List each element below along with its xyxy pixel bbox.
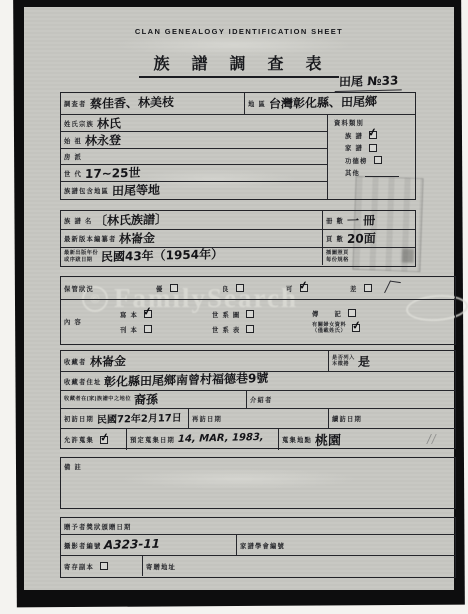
- poor-checkbox: [364, 284, 372, 292]
- region-value: 台灣彰化縣、田尾鄉: [269, 92, 377, 112]
- inclusion-value: 是: [358, 352, 370, 369]
- row-pubdate: 最新出版年份 或序跋日期 民國43年（1954年） 插圖照頁 每份規格: [61, 248, 415, 265]
- book-info-table: 族 譜 名 〔林氏族譜〕 冊 數 一 冊 最新版本編纂者 林崙金 頁 數 20面: [60, 210, 416, 267]
- poor-label: 差: [347, 284, 361, 293]
- place-cell: 蒐集地點 桃園: [279, 429, 455, 450]
- followup-label: 續訪日期: [329, 414, 365, 423]
- volumes-value: 一 冊: [347, 211, 376, 229]
- admin-table: 贈予者獎狀頒贈日期 攝影者編號 A323-11 家譜學會編號 寄存副本: [60, 517, 456, 578]
- women-data-checkbox: [352, 324, 360, 332]
- category-item-gongdebang: 功德榜: [342, 156, 411, 165]
- clan-info-column: 姓氏宗族 林氏 始 祖 林永登 房 派 世 代 17~25世: [61, 115, 328, 199]
- copy-checkbox: [100, 562, 108, 570]
- position-cell: 收藏者在(家)族譜中之地位 裔孫: [61, 391, 247, 408]
- ancestor-value: 林永登: [85, 131, 121, 149]
- zupu-label: 族 譜: [342, 131, 366, 140]
- row-generations: 世 代 17~25世: [61, 165, 327, 182]
- row-surveyor-region: 調查者 蔡佳香、林美枝 地 區 台灣彰化縣、田尾鄉: [61, 93, 415, 115]
- holder-label: 收藏者: [61, 357, 90, 366]
- row-copy: 寄存副本 寄贈地址: [61, 556, 455, 576]
- biography-checkbox: [348, 309, 356, 317]
- photographer-cell: 攝影者編號 A323-11: [61, 535, 237, 555]
- award-label: 贈予者獎狀頒贈日期: [61, 522, 134, 531]
- pubdate-label: 最新出版年份 或序跋日期: [61, 250, 101, 263]
- surveyor-value: 蔡佳香、林美枝: [89, 93, 173, 112]
- compiler-cell: 最新版本編纂者 林崙金: [61, 230, 323, 247]
- volumes-cell: 冊 數 一 冊: [323, 211, 415, 229]
- option-good: 良: [219, 284, 244, 293]
- row-condition: 保管狀況 優 良 可 差: [61, 277, 455, 300]
- generations-value: 17~25世: [85, 163, 141, 181]
- row-visit-dates: 初訪日期 民國72年2月17日 再訪日期 續訪日期: [61, 409, 455, 429]
- place-value: 桃園: [315, 429, 342, 449]
- stray-pen-mark: [384, 281, 401, 295]
- introducer-label: 介紹者: [247, 395, 276, 404]
- book-title-value: 〔林氏族譜〕: [95, 210, 167, 229]
- ancestor-label: 始 祖: [61, 136, 85, 145]
- gongdebang-checkbox: [374, 156, 382, 164]
- condition-table: 保管狀況 優 良 可 差: [60, 276, 456, 345]
- first-visit-value: 民國72年2月17日: [97, 409, 182, 426]
- zupu-checkbox: [369, 131, 377, 139]
- contents-col-format: 寫 本 刊 本: [117, 310, 209, 334]
- remarks-label: 備 註: [61, 458, 85, 471]
- copy-label: 寄存副本: [61, 562, 97, 571]
- pages-cell: 頁 數 20面: [323, 230, 415, 247]
- women-data-label: 有關婦女資料 （僅載姓氏）: [309, 322, 349, 335]
- address-value: 彰化縣田尾鄉南曾村福德巷9號: [104, 368, 269, 389]
- society-cell: 家譜學會編號: [237, 535, 455, 555]
- excellent-label: 優: [153, 284, 167, 293]
- lineage-table-label: 世 系 表: [209, 325, 243, 334]
- area-value: 田尾等地: [112, 181, 160, 199]
- photographer-value: A323-11: [104, 537, 160, 552]
- row-branch: 房 派: [61, 149, 327, 165]
- chinese-title: 族 譜 調 查 表: [139, 51, 338, 78]
- row-area: 族譜包含地區 田尾等地: [61, 182, 327, 199]
- generations-label: 世 代: [61, 169, 85, 178]
- jiapu-checkbox: [369, 144, 377, 152]
- revisit-label: 再訪日期: [189, 414, 225, 423]
- printed-checkbox: [144, 325, 152, 333]
- option-excellent: 優: [153, 284, 178, 293]
- first-visit-cell: 初訪日期 民國72年2月17日: [61, 409, 189, 428]
- lineage-table-checkbox: [246, 325, 254, 333]
- remarks-table: 備 註: [60, 457, 456, 509]
- compiler-label: 最新版本編纂者: [61, 234, 119, 243]
- contents-col-lineage: 世 系 圖 世 系 表: [209, 310, 309, 334]
- surveyor-label: 調查者: [61, 99, 90, 108]
- fair-checkbox: [300, 284, 308, 292]
- region-cell: 地 區 台灣彰化縣、田尾鄉: [245, 93, 415, 114]
- women-data-item: 有關婦女資料 （僅載姓氏）: [309, 322, 455, 335]
- revisit-cell: 再訪日期: [189, 409, 329, 428]
- book-title-cell: 族 譜 名 〔林氏族譜〕: [61, 211, 323, 229]
- lineage-chart-checkbox: [246, 310, 254, 318]
- permission-checkbox: [100, 436, 108, 444]
- lineage-chart-label: 世 系 圖: [209, 310, 243, 319]
- remarks-row: 備 註: [61, 458, 455, 508]
- pubdate-value: 民國43年（1954年）: [101, 245, 224, 265]
- jiapu-label: 家 譜: [342, 143, 366, 152]
- row-numbers: 攝影者編號 A323-11 家譜學會編號: [61, 535, 455, 556]
- area-label: 族譜包含地區: [61, 186, 112, 195]
- printed-item: 刊 本: [117, 325, 209, 334]
- good-checkbox: [236, 284, 244, 292]
- region-label: 地 區: [245, 99, 269, 108]
- handwritten-sheet-number: 田尾 №33: [334, 71, 402, 92]
- scheduled-cell: 預定蒐集日期 14, MAR, 1983,: [127, 429, 279, 450]
- english-title: CLAN GENEALOGY IDENTIFICATION SHEET: [24, 27, 454, 36]
- scheduled-value: 14, MAR, 1983,: [178, 432, 264, 445]
- row-award: 贈予者獎狀頒贈日期: [61, 518, 455, 535]
- introducer-cell: 介紹者: [247, 391, 455, 408]
- volumes-label: 冊 數: [323, 216, 347, 225]
- holder-value: 林崙金: [89, 352, 125, 370]
- row-contents: 內 容 寫 本 刊 本 世 系 圖: [61, 300, 455, 343]
- printed-label: 刊 本: [117, 325, 141, 334]
- condition-label: 保管狀況: [61, 284, 97, 293]
- biography-label: 傳 記: [309, 309, 345, 318]
- holder-cell: 收藏者 林崙金: [61, 351, 329, 371]
- pubdate-cell: 最新出版年份 或序跋日期 民國43年（1954年）: [61, 248, 323, 265]
- excellent-checkbox: [170, 284, 178, 292]
- contents-col-bio: 傳 記 有關婦女資料 （僅載姓氏）: [309, 309, 455, 335]
- mailing-label: 寄贈地址: [143, 562, 179, 571]
- lineage-chart-item: 世 系 圖: [209, 310, 309, 319]
- clan-value: 林氏: [97, 114, 121, 132]
- category-item-jiapu: 家 譜: [342, 143, 411, 152]
- permission-label: 允許蒐集: [61, 435, 97, 444]
- holder-table: 收藏者 林崙金 是否列入 本微捲 是 收藏者住址 彰化縣田尾鄉南曾村福德巷9號 …: [60, 350, 456, 449]
- mailing-cell: 寄贈地址: [143, 556, 455, 576]
- row-address: 收藏者住址 彰化縣田尾鄉南曾村福德巷9號: [61, 372, 455, 391]
- first-visit-label: 初訪日期: [61, 414, 97, 423]
- extra-cell: 插圖照頁 每份規格: [323, 248, 415, 265]
- other-label: 其他: [342, 168, 363, 177]
- scheduled-label: 預定蒐集日期: [127, 435, 178, 444]
- extra-label: 插圖照頁 每份規格: [323, 250, 352, 263]
- society-label: 家譜學會編號: [237, 541, 288, 550]
- row-ancestor: 始 祖 林永登: [61, 132, 327, 149]
- row-collection: 允許蒐集 預定蒐集日期 14, MAR, 1983, 蒐集地點 桃園: [61, 429, 455, 450]
- option-fair: 可: [283, 284, 308, 293]
- row-position: 收藏者在(家)族譜中之地位 裔孫 介紹者: [61, 391, 455, 409]
- branch-label: 房 派: [61, 152, 85, 161]
- identification-table: 調查者 蔡佳香、林美枝 地 區 台灣彰化縣、田尾鄉 姓氏宗族 林氏 始 祖 林: [60, 92, 416, 200]
- category-item-zupu: 族 譜: [342, 131, 411, 140]
- biography-item: 傳 記: [309, 309, 455, 318]
- place-label: 蒐集地點: [279, 435, 315, 444]
- row-clan: 姓氏宗族 林氏: [61, 115, 327, 132]
- book-title-label: 族 譜 名: [61, 216, 95, 225]
- lineage-table-item: 世 系 表: [209, 325, 309, 334]
- category-column: 資料類別 族 譜 家 譜 功德榜 其他: [328, 115, 415, 199]
- clan-label: 姓氏宗族: [61, 119, 97, 128]
- copy-cell: 寄存副本: [61, 556, 143, 576]
- good-label: 良: [219, 284, 233, 293]
- manuscript-label: 寫 本: [117, 310, 141, 319]
- position-label: 收藏者在(家)族譜中之地位: [61, 396, 134, 403]
- inclusion-label: 是否列入 本微捲: [329, 355, 358, 368]
- address-label: 收藏者住址: [61, 377, 104, 386]
- stray-scribble: [419, 434, 441, 444]
- fair-label: 可: [283, 284, 297, 293]
- pages-value: 20面: [347, 229, 376, 247]
- manuscript-checkbox: [144, 310, 152, 318]
- inclusion-cell: 是否列入 本微捲 是: [329, 351, 455, 371]
- contents-label: 內 容: [61, 317, 117, 326]
- row-compiler: 最新版本編纂者 林崙金 頁 數 20面: [61, 230, 415, 248]
- option-poor: 差: [347, 284, 372, 293]
- row-book-title: 族 譜 名 〔林氏族譜〕 冊 數 一 冊: [61, 211, 415, 230]
- scanned-page: CLAN GENEALOGY IDENTIFICATION SHEET 族 譜 …: [24, 7, 454, 590]
- category-item-other: 其他: [342, 168, 411, 177]
- scanned-genealogy-sheet: CLAN GENEALOGY IDENTIFICATION SHEET 族 譜 …: [0, 0, 468, 614]
- followup-cell: 續訪日期: [329, 409, 455, 428]
- permission-cell: 允許蒐集: [61, 429, 127, 450]
- gongdebang-label: 功德榜: [342, 156, 371, 165]
- compiler-value: 林崙金: [119, 229, 155, 247]
- manuscript-item: 寫 本: [117, 310, 209, 319]
- pages-label: 頁 數: [323, 234, 347, 243]
- position-value: 裔孫: [134, 390, 158, 408]
- other-blank-line: [365, 169, 399, 177]
- surveyor-cell: 調查者 蔡佳香、林美枝: [61, 93, 245, 114]
- photographer-label: 攝影者編號: [61, 541, 104, 550]
